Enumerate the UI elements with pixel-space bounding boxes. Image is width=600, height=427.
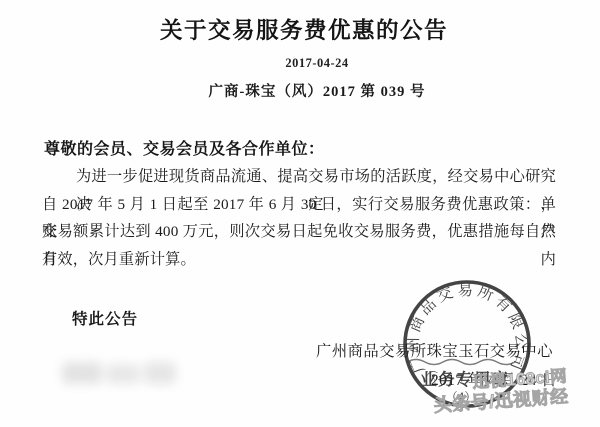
closing-phrase: 特此公告 <box>72 307 138 329</box>
body-paragraph: 为进一步促进现货商品流通、提高交易市场的活跃度，经交易中心研究决定， 自 201… <box>42 163 556 273</box>
announcement-document: 关于交易服务费优惠的公告 2017-04-24 广商-珠宝（风）2017 第 0… <box>0 0 600 427</box>
site-watermark: 迅视168ci网 头条号/迅视财经 <box>432 367 569 416</box>
publish-date: 2017-04-24 <box>17 56 600 71</box>
body-line: 为进一步促进现货商品流通、提高交易市场的活跃度，经交易中心研究决定， <box>42 163 556 191</box>
salutation: 尊敬的会员、交易会员及各合作单位： <box>44 136 325 159</box>
body-line: 交易额累计达到 400 万元，则次交易日起免收交易服务费，优惠措施每自然月内 <box>42 218 556 246</box>
body-line: 自 2017 年 5 月 1 日起至 2017 年 6 月 30 日，实行交易服… <box>42 191 556 219</box>
document-number: 广商-珠宝（风）2017 第 039 号 <box>17 80 600 101</box>
document-title: 关于交易服务费优惠的公告 <box>4 13 600 45</box>
blurred-region <box>58 360 180 390</box>
